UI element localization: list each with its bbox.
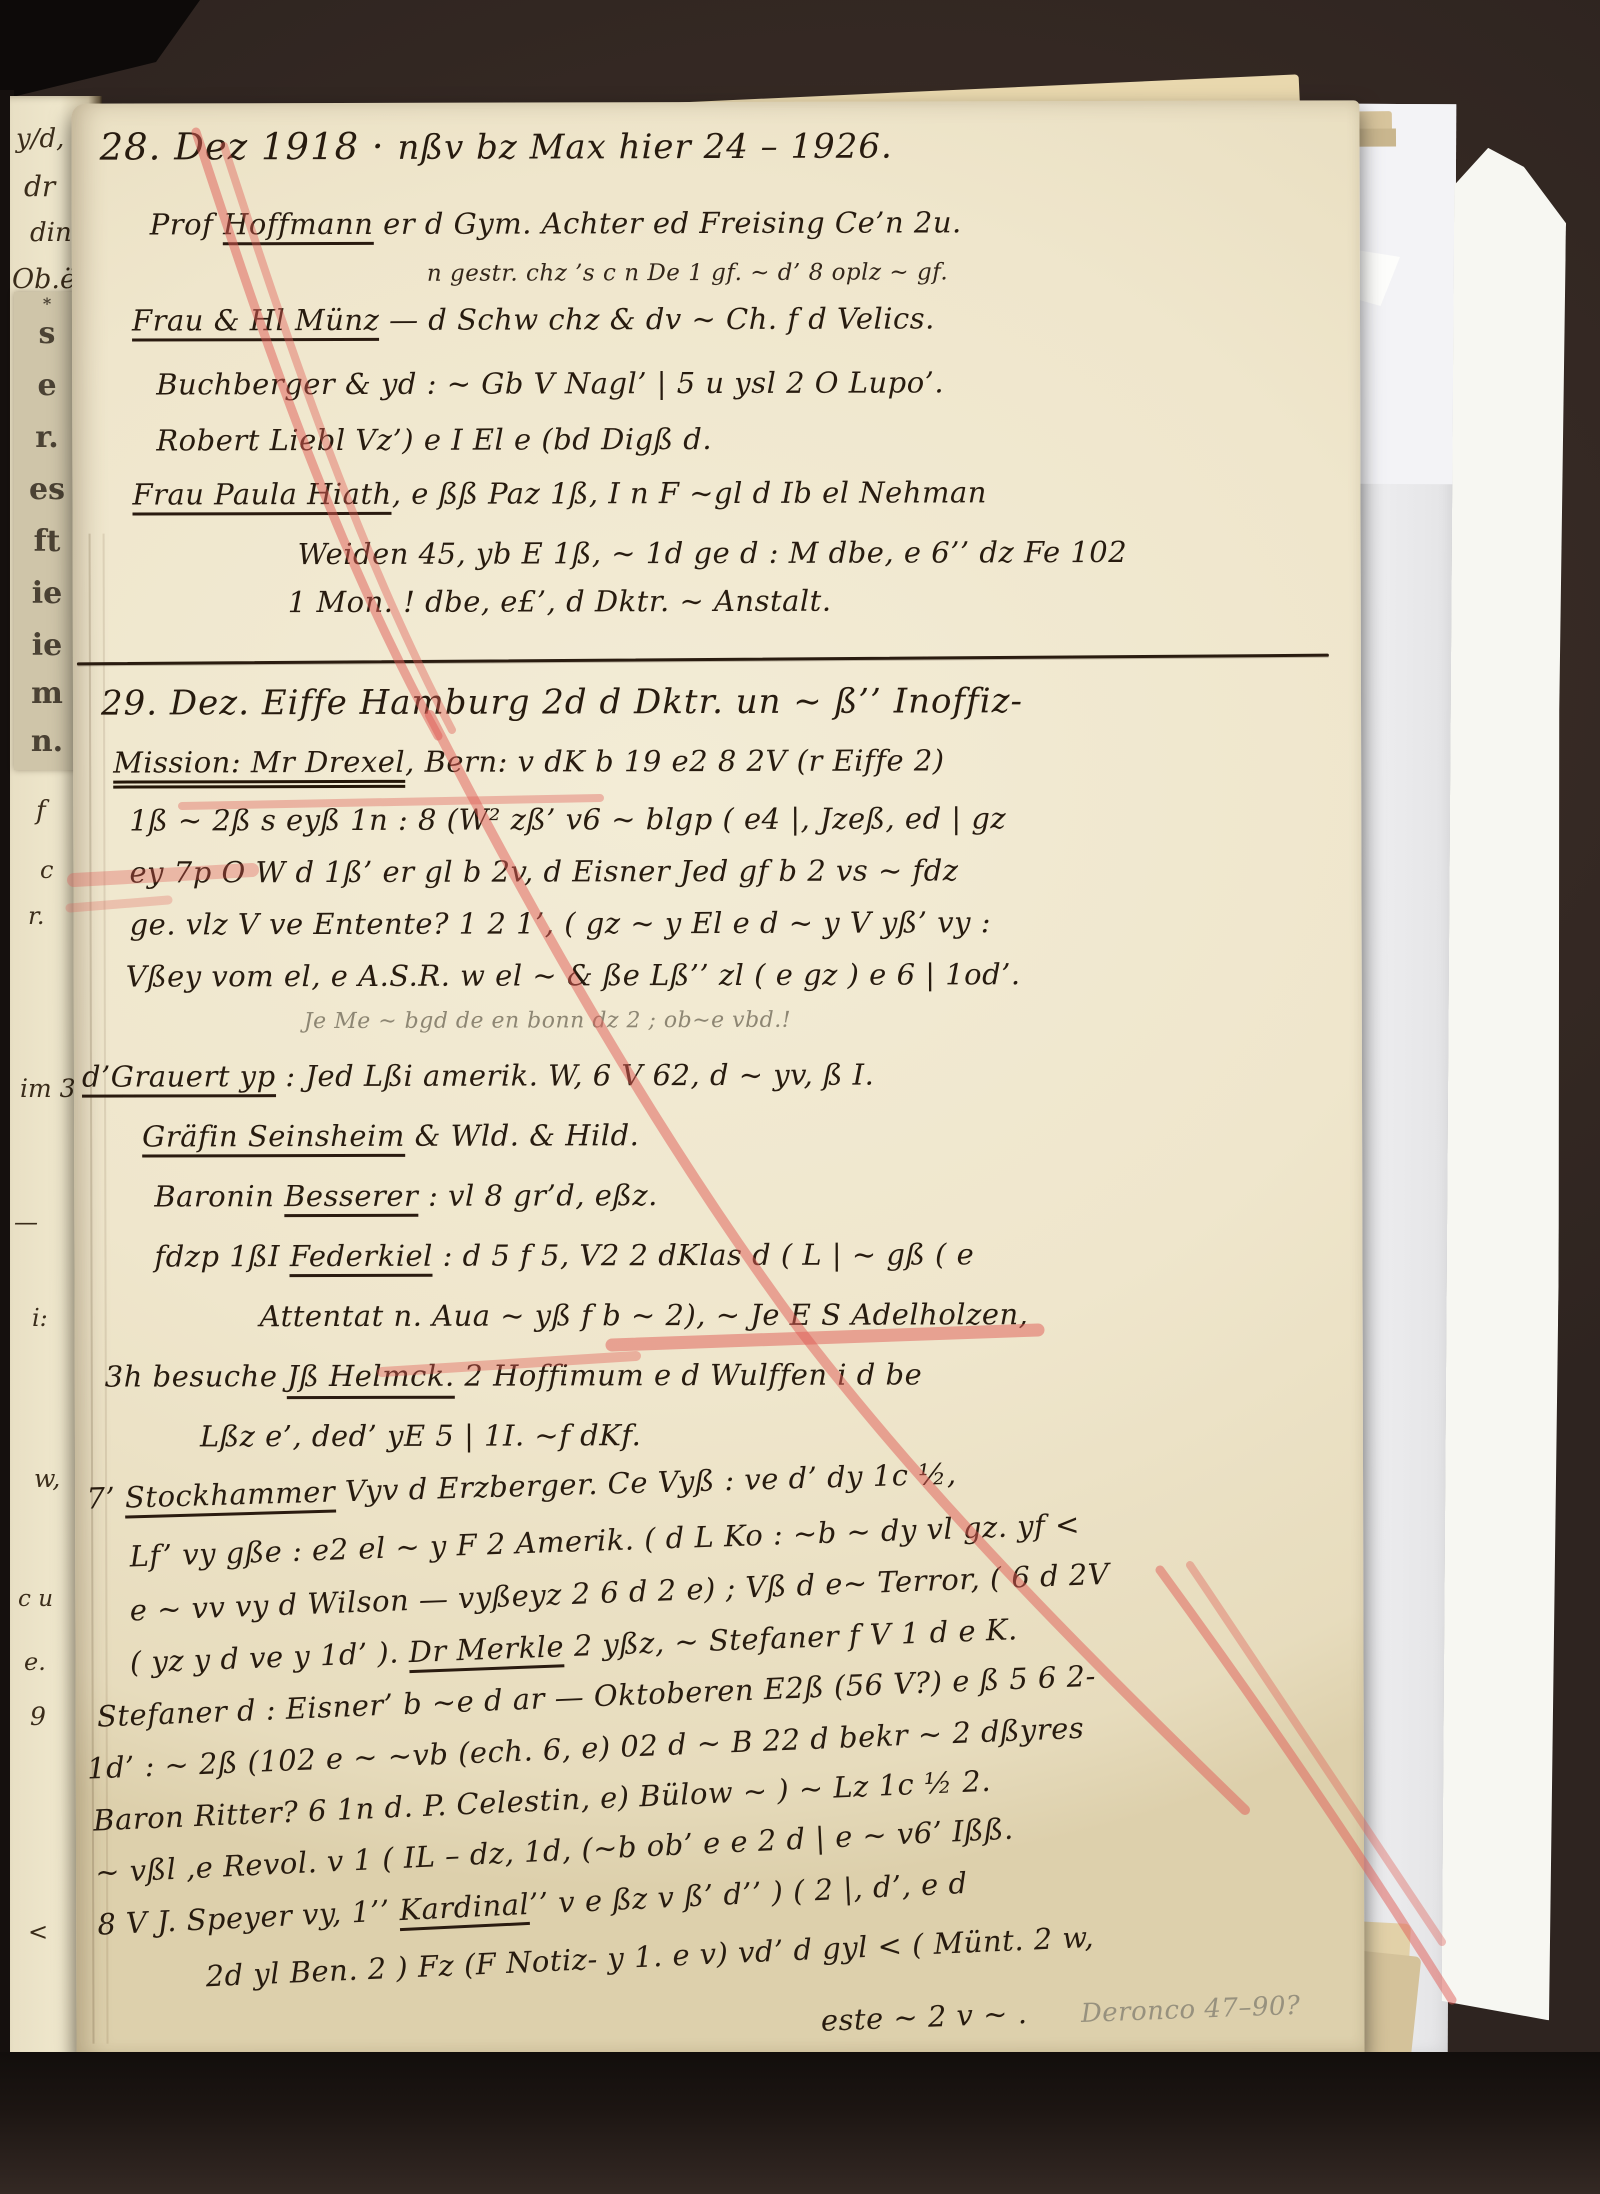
underlined-name: Besserer xyxy=(284,1179,418,1217)
line-text: ( yz y d ve y 1d’ ). xyxy=(129,1635,409,1679)
clipping-letter: m xyxy=(22,676,72,711)
entry-date-heading: 29. Dez. Eiffe Hamburg 2d d Dktr. un ~ ß… xyxy=(101,681,1023,723)
diary-line: Frau Paula Hiath, e ßß Paz 1ß, I n F ~gl… xyxy=(132,475,987,511)
photographed-diary-scene: y/d, dr din Ob.ë: * s e r. es ft ie ie m… xyxy=(0,0,1600,2194)
clipping-letter: es xyxy=(22,472,72,507)
line-text: : vl 8 gr’d, eßz. xyxy=(418,1178,658,1213)
edge-fragment: r. xyxy=(28,902,44,930)
diary-line: 1 Mon. ! dbe, e£’, d Dktr. ~ Anstalt. xyxy=(288,584,832,619)
line-text: , e ßß Paz 1ß, I n F ~gl d Ib el Nehman xyxy=(392,475,987,511)
interlinear-note: n gestr. chz ’s c n De 1 gf. ~ d’ 8 oplz… xyxy=(427,259,948,286)
line-text: 3h besuche xyxy=(105,1359,288,1393)
diary-line: 2d yl Ben. 2 ) Fz (F Notiz- y 1. e v) vd… xyxy=(205,1920,1095,1994)
line-text: 2 yßz, ~ Stefaner f V 1 d e K. xyxy=(563,1612,1018,1663)
underlined-name: Hoffmann xyxy=(223,207,373,245)
clipping-letter: * xyxy=(22,294,72,313)
clipping-letter: ie xyxy=(22,628,72,663)
edge-fragment: w, xyxy=(34,1464,60,1493)
date-shorthand: Eiffe Hamburg 2d d Dktr. un ~ ß’’ Inoffi… xyxy=(250,681,1023,723)
line-text: : d 5 f 5, V2 2 dKlas d ( L | ~ gß ( e xyxy=(433,1237,974,1272)
pencil-annotation-deronco: Deronco 47–90? xyxy=(1080,1991,1301,2029)
diary-line: d’Grauert yp : Jed Lßi amerik. W, 6 V 62… xyxy=(82,1058,874,1094)
diary-line: 3h besuche Jß Helmck. 2 Hoffimum e d Wul… xyxy=(105,1357,923,1393)
blotting-sheet xyxy=(1441,148,1566,2021)
diary-line: ge. vlz V ve Entente? 1 2 1’, ( gz ~ y E… xyxy=(130,905,991,941)
diary-line: 1ß ~ 2ß s eyß 1n : 8 (W² zß’ v6 ~ blgp (… xyxy=(129,801,1006,837)
clipping-letter: ft xyxy=(22,524,72,559)
interleaf-sheet xyxy=(1348,104,1457,2056)
diary-line: Gräfin Seinsheim & Wld. & Hild. xyxy=(142,1118,639,1153)
edge-fragment: c u xyxy=(18,1586,53,1612)
edge-fragment: c xyxy=(40,856,53,884)
diary-page: 28. Dez 1918 · nßv bz Max hier 24 – 1926… xyxy=(71,100,1364,2061)
line-text: 8 V J. Speyer vy, 1’’ xyxy=(97,1893,401,1941)
edge-fragment: din xyxy=(30,218,72,248)
edge-fragment: i: xyxy=(32,1304,48,1332)
diary-line: Vßey vom el, e A.S.R. w el ~ & ße Lß’’ z… xyxy=(126,957,1021,993)
underlined-name: d’Grauert yp xyxy=(82,1059,276,1098)
date-shorthand: nßv bz Max hier 24 – 1926. xyxy=(397,127,892,168)
date-text: 29. Dez. xyxy=(101,683,250,723)
edge-fragment: 9 xyxy=(30,1702,46,1731)
newspaper-clipping-edge: * s e r. es ft ie ie m n. xyxy=(14,292,80,770)
diary-line: Lßz e’, ded’ yE 5 | 1I. ~f dKf. xyxy=(200,1418,641,1453)
diary-line: Mission: Mr Drexel, Bern: v dK b 19 e2 8… xyxy=(113,743,945,779)
entry-date-heading: 28. Dez 1918 · nßv bz Max hier 24 – 1926… xyxy=(99,124,892,169)
underlined-name: Stockhammer xyxy=(125,1475,336,1519)
edge-fragment: — xyxy=(14,1208,38,1236)
line-text: — d Schw chz & dv ~ Ch. f d Velics. xyxy=(379,301,935,336)
diary-line: Robert Liebl Vz’) e I El e (bd Digß d. xyxy=(156,422,712,457)
diary-line: Prof Hoffmann er d Gym. Achter ed Freisi… xyxy=(150,205,962,241)
edge-fragment: e. xyxy=(24,1648,46,1676)
diary-line: Attentat n. Aua ~ yß f b ~ 2), ~ Je E S … xyxy=(260,1297,1029,1333)
line-text: ’’ v e ßz v ß’ d’’ ) ( 2 |, d’, e d xyxy=(528,1866,968,1921)
underlined-name: Frau & Hl Münz xyxy=(132,303,379,342)
line-text: & Wld. & Hild. xyxy=(405,1118,640,1153)
entry-divider-rule xyxy=(77,654,1329,666)
clipping-letter: e xyxy=(22,368,72,403)
underlined-name: Kardinal xyxy=(399,1887,531,1931)
line-text: Vyv d Erzberger. Ce Vyß : ve d’ dy 1c ½, xyxy=(335,1457,957,1509)
line-text: er d Gym. Achter ed Freising Ce’n 2u. xyxy=(373,205,961,241)
dark-corner xyxy=(0,0,200,100)
diary-line: Baronin Besserer : vl 8 gr’d, eßz. xyxy=(154,1178,658,1213)
line-text: 7’ xyxy=(86,1481,125,1516)
diary-line: fdzp 1ßI Federkiel : d 5 f 5, V2 2 dKlas… xyxy=(154,1237,974,1273)
line-text: Prof xyxy=(150,207,223,241)
clipping-letter: ie xyxy=(22,576,72,611)
line-text: fdzp 1ßI xyxy=(154,1239,289,1273)
date-text: 28. Dez 1918 · xyxy=(99,125,384,169)
edge-fragment: y/d, xyxy=(16,124,64,154)
line-text: 2 Hoffimum e d Wulffen i d be xyxy=(455,1357,923,1392)
diary-line: Weiden 45, yb E 1ß, ~ 1d ge d : M dbe, e… xyxy=(298,535,1128,571)
diary-line: 7’ Stockhammer Vyv d Erzberger. Ce Vyß :… xyxy=(86,1457,957,1516)
clipping-letter: r. xyxy=(22,420,72,455)
diary-line: ey 7p O W d 1ß’ er gl b 2v, d Eisner Jed… xyxy=(129,853,958,889)
clipping-letter: s xyxy=(22,316,72,351)
diary-line: Buchberger & yd : ~ Gb V Nagl’ | 5 u ysl… xyxy=(156,365,944,401)
clipping-letter: n. xyxy=(22,724,72,759)
line-text: : Jed Lßi amerik. W, 6 V 62, d ~ yv, ß I… xyxy=(276,1058,875,1094)
diary-line: Frau & Hl Münz — d Schw chz & dv ~ Ch. f… xyxy=(132,301,935,337)
underlined-name: Jß Helmck. xyxy=(287,1359,455,1399)
edge-fragment: dr xyxy=(24,170,55,203)
line-text: , Bern: v dK b 19 e2 8 2V (r Eiffe 2) xyxy=(405,743,945,778)
pencil-interlinear-note: Je Me ~ bgd de en bonn dz 2 ; ob~e vbd.! xyxy=(304,1008,791,1034)
underlined-name: Federkiel xyxy=(290,1239,433,1277)
edge-fragment: < xyxy=(28,1918,48,1946)
diary-line: este ~ 2 v ~ . xyxy=(820,1996,1028,2038)
underlined-name: Dr Merkle xyxy=(408,1629,565,1673)
line-text: Baronin xyxy=(154,1179,284,1213)
underlined-name: Gräfin Seinsheim xyxy=(142,1119,405,1158)
underlined-name: Frau Paula Hiath xyxy=(132,477,391,516)
edge-fragment: f xyxy=(36,796,46,826)
table-surface xyxy=(0,2052,1600,2194)
underlined-name: Mission: Mr Drexel xyxy=(113,745,405,789)
